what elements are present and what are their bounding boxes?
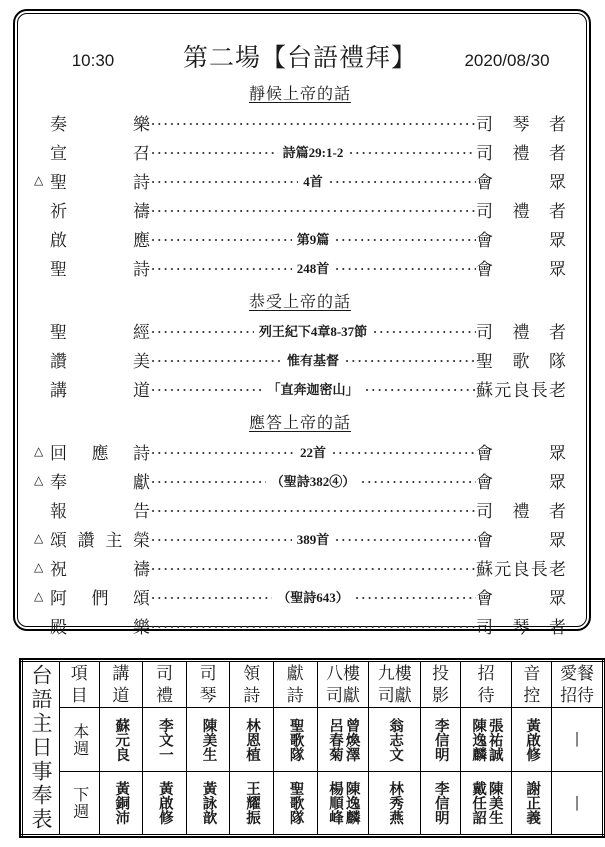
triangle-mark: △ [34, 531, 50, 546]
dotted-leader [150, 566, 313, 572]
worship-order-panel: 10:30 第二場【台語禮拜】 2020/08/30 靜候上帝的話 奏樂 司琴者… [13, 9, 591, 631]
item-label: 奉獻 [50, 468, 150, 493]
dotted-leader [331, 450, 476, 456]
roster-cell: 蘇元良 [99, 708, 143, 772]
dotted-leader [150, 208, 313, 214]
dotted-leader [313, 566, 476, 572]
roster-cell: 李信明 [421, 708, 461, 772]
dotted-leader [150, 121, 313, 127]
item-label: 聖經 [50, 318, 150, 343]
roster-side-label-cell: 台語主日事奉表 [22, 661, 60, 836]
dotted-leader [150, 179, 298, 185]
item-note: 第9篇 [292, 229, 335, 248]
roster-cell: 陳美生 [186, 708, 230, 772]
col-header-item: 項目 [59, 661, 99, 708]
roster-cell: 聖歌隊 [274, 708, 318, 772]
dotted-leader [150, 537, 292, 543]
dotted-leader [150, 624, 313, 630]
item-label: 殿樂 [50, 613, 150, 638]
col-header-projection: 投影 [421, 661, 461, 708]
program-item: 讚美 惟有基督 聖歌隊 [28, 345, 572, 374]
item-label: 頌讚主榮 [50, 526, 150, 551]
item-note: 22首 [295, 442, 331, 461]
bulletin-page: 10:30 第二場【台語禮拜】 2020/08/30 靜候上帝的話 奏樂 司琴者… [0, 0, 605, 847]
item-assignee: 會眾 [476, 439, 566, 464]
worship-order-inner-border: 10:30 第二場【台語禮拜】 2020/08/30 靜候上帝的話 奏樂 司琴者… [17, 13, 587, 627]
item-note: 列王紀下4章8-37節 [254, 321, 372, 340]
row-label: 下週 [68, 786, 91, 820]
roster-cell: 張祐誠 陳逸麟 [460, 708, 512, 772]
item-assignee: 會眾 [476, 255, 566, 280]
program-item: △ 奉獻 （聖詩382④） 會眾 [28, 466, 572, 495]
roster-cell: 曾煥澤 呂春菊 [317, 708, 369, 772]
item-note: 惟有基督 [282, 350, 344, 369]
dotted-leader [372, 329, 476, 335]
item-label: 祝禱 [50, 555, 150, 580]
triangle-mark: △ [34, 589, 50, 604]
item-note: 詩篇29:1-2 [278, 142, 349, 161]
service-date: 2020/08/30 [442, 51, 572, 71]
program-item: 奏樂 司琴者 [28, 108, 572, 137]
item-assignee: 司禮者 [476, 318, 566, 343]
item-label: 聖詩 [50, 255, 150, 280]
triangle-mark: △ [34, 473, 50, 488]
item-assignee: 司禮者 [476, 139, 566, 164]
dotted-leader [150, 508, 313, 514]
col-header-meal-ushers: 愛餐招待 [552, 661, 604, 708]
dotted-leader [313, 508, 476, 514]
roster-title: 台語主日事奉表 [26, 664, 56, 832]
dotted-leader [313, 121, 476, 127]
dotted-leader [334, 237, 476, 243]
col-header-9f-offering: 九樓司獻 [369, 661, 421, 708]
item-label: 宣召 [50, 139, 150, 164]
col-header-song-leader: 領詩 [230, 661, 274, 708]
program-item: 殿樂 司琴者 [28, 611, 572, 640]
item-assignee: 會眾 [476, 226, 566, 251]
roster-cell: 黃銅沛 [99, 772, 143, 836]
section-heading: 恭受上帝的話 [28, 289, 572, 312]
row-label-cell: 下週 [59, 772, 99, 836]
col-header-8f-offering: 八樓司獻 [317, 661, 369, 708]
program-item: △ 祝禱 蘇元良長老 [28, 553, 572, 582]
program-item: 報告 司禮者 [28, 495, 572, 524]
program-item: 聖詩 248首 會眾 [28, 253, 572, 282]
program-item: 祈禱 司禮者 [28, 195, 572, 224]
item-label: 講道 [50, 376, 150, 401]
item-note: 248首 [292, 258, 335, 277]
row-label: 本週 [68, 723, 91, 757]
program-item: △ 阿們頌 （聖詩643） 會眾 [28, 582, 572, 611]
dotted-leader [150, 150, 278, 156]
roster-cell: 謝正義 [512, 772, 552, 836]
roster-cell: 黃啟修 [143, 772, 187, 836]
col-header-sermon: 講道 [99, 661, 143, 708]
item-assignee: 司禮者 [476, 197, 566, 222]
dotted-leader [364, 387, 477, 393]
roster-cell: — [552, 708, 604, 772]
roster-cell: — [552, 772, 604, 836]
dotted-leader [360, 479, 476, 485]
col-header-ushers: 招待 [460, 661, 512, 708]
item-label: 阿們頌 [50, 584, 150, 609]
item-assignee: 會眾 [476, 584, 566, 609]
item-label: 讚美 [50, 347, 150, 372]
col-header-audio: 音控 [512, 661, 552, 708]
col-header-pianist: 司琴 [186, 661, 230, 708]
dotted-leader [354, 595, 476, 601]
roster-cell: 李文一 [143, 708, 187, 772]
item-label: 祈禱 [50, 197, 150, 222]
section-heading: 應答上帝的話 [28, 410, 572, 433]
item-label: 聖詩 [50, 168, 150, 193]
dotted-leader [328, 179, 476, 185]
roster-cell: 陳逸麟 楊順峰 [317, 772, 369, 836]
roster-cell: 黃詠歆 [186, 772, 230, 836]
dotted-leader [150, 479, 266, 485]
item-note: 389首 [292, 529, 335, 548]
item-label: 啟應 [50, 226, 150, 251]
roster-cell: 陳美生 戴任詔 [460, 772, 512, 836]
col-header-liturgist: 司禮 [143, 661, 187, 708]
dotted-leader [150, 358, 282, 364]
dotted-leader [150, 237, 292, 243]
row-label-cell: 本週 [59, 708, 99, 772]
dotted-leader [150, 450, 295, 456]
triangle-mark: △ [34, 444, 50, 459]
roster-row-this-week: 本週 蘇元良 李文一 陳美生 林恩植 聖歌隊 曾煥澤 呂春菊 翁志文 李信明 張… [22, 708, 604, 772]
item-assignee: 司琴者 [476, 613, 566, 638]
item-label: 回應詩 [50, 439, 150, 464]
dotted-leader [334, 537, 476, 543]
triangle-mark: △ [34, 173, 50, 188]
program-item: 宣召 詩篇29:1-2 司禮者 [28, 137, 572, 166]
dotted-leader [313, 208, 476, 214]
item-note: （聖詩382④） [266, 471, 361, 490]
item-note: 「直奔迦密山」 [263, 379, 364, 398]
item-note: （聖詩643） [272, 587, 354, 606]
service-time: 10:30 [28, 51, 158, 71]
roster-cell: 李信明 [421, 772, 461, 836]
dotted-leader [150, 387, 263, 393]
dotted-leader [344, 358, 476, 364]
dotted-leader [150, 595, 272, 601]
program-item: 聖經 列王紀下4章8-37節 司禮者 [28, 316, 572, 345]
dotted-leader [313, 624, 476, 630]
item-assignee: 蘇元良長老 [476, 555, 566, 580]
program-item: △ 回應詩 22首 會眾 [28, 437, 572, 466]
col-header-anthem: 獻詩 [274, 661, 318, 708]
dotted-leader [334, 266, 476, 272]
program-item: △ 聖詩 4首 會眾 [28, 166, 572, 195]
item-assignee: 司禮者 [476, 497, 566, 522]
panel-header: 10:30 第二場【台語禮拜】 2020/08/30 [28, 38, 572, 74]
item-label: 報告 [50, 497, 150, 522]
item-assignee: 聖歌隊 [476, 347, 566, 372]
roster-cell: 聖歌隊 [274, 772, 318, 836]
roster-cell: 林恩植 [230, 708, 274, 772]
item-note: 4首 [298, 171, 328, 190]
program-item: 啟應 第9篇 會眾 [28, 224, 572, 253]
roster-row-next-week: 下週 黃銅沛 黃啟修 黃詠歆 王耀振 聖歌隊 陳逸麟 楊順峰 林秀燕 李信明 陳… [22, 772, 604, 836]
roster-cell: 翁志文 [369, 708, 421, 772]
dotted-leader [348, 150, 476, 156]
item-assignee: 蘇元良長老 [476, 376, 566, 401]
roster-cell: 林秀燕 [369, 772, 421, 836]
service-title: 第二場【台語禮拜】 [158, 38, 442, 74]
dotted-leader [150, 329, 254, 335]
duty-roster-table: 台語主日事奉表 項目 講道 司禮 司琴 領詩 獻詩 八樓司獻 九樓司獻 投影 招… [20, 659, 605, 837]
roster-cell: 黃啟修 [512, 708, 552, 772]
triangle-mark: △ [34, 560, 50, 575]
roster-cell: 王耀振 [230, 772, 274, 836]
item-label: 奏樂 [50, 110, 150, 135]
program-item: △ 頌讚主榮 389首 會眾 [28, 524, 572, 553]
item-assignee: 會眾 [476, 468, 566, 493]
item-assignee: 司琴者 [476, 110, 566, 135]
item-assignee: 會眾 [476, 168, 566, 193]
item-assignee: 會眾 [476, 526, 566, 551]
section-heading: 靜候上帝的話 [28, 81, 572, 104]
dotted-leader [150, 266, 292, 272]
program-item: 講道 「直奔迦密山」 蘇元良長老 [28, 374, 572, 403]
